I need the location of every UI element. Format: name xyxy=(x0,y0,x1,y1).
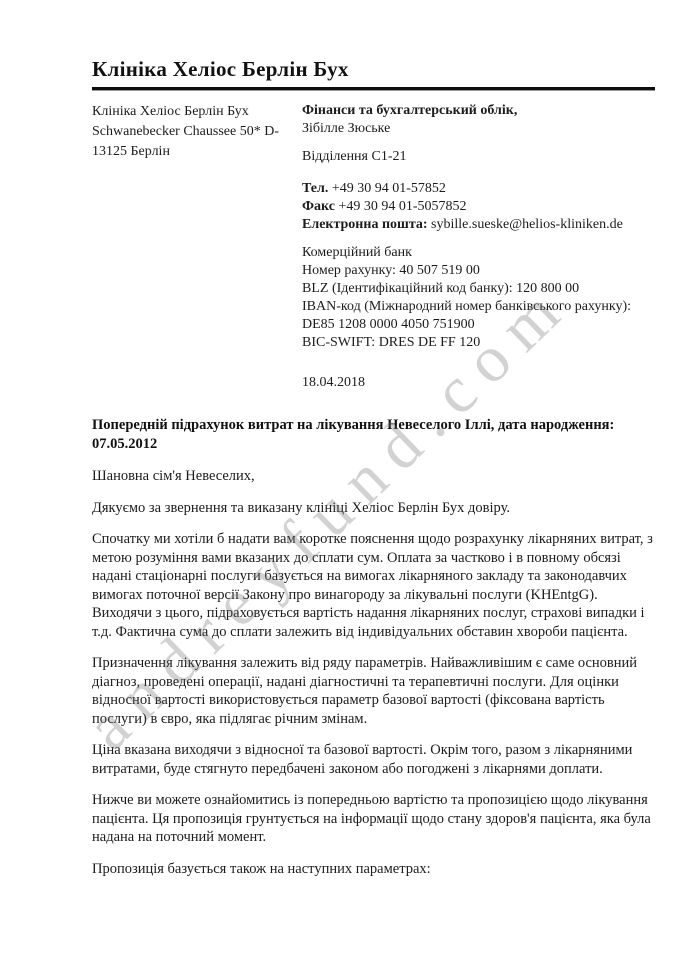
bank-line: DE85 1208 0000 4050 751900 xyxy=(302,316,655,334)
sender-address-line: Клініка Хеліос Берлін Бух xyxy=(92,102,302,122)
body-paragraph: Пропозиція базується також на наступних … xyxy=(92,860,655,879)
contact-block: Тел. +49 30 94 01-57852 Факс +49 30 94 0… xyxy=(302,180,655,234)
email-label: Електронна пошта: xyxy=(302,217,428,232)
body-paragraph: Ціна вказана виходячи з відносної та баз… xyxy=(92,741,655,778)
bank-line: Комерційний банк xyxy=(302,244,655,262)
bank-line: BIC-SWIFT: DRES DE FF 120 xyxy=(302,334,655,352)
letterhead-title: Клініка Хеліос Берлін Бух xyxy=(92,57,655,82)
sender-address-line: Schwanebecker Chaussee 50* D- xyxy=(92,122,302,142)
greeting: Шановна сім'я Невеселих, xyxy=(92,467,655,486)
bank-line: IBAN-код (Міжнародний номер банківського… xyxy=(302,298,655,316)
letterhead: Клініка Хеліос Берлін Бух xyxy=(92,57,655,90)
letter-body: Шановна сім'я Невеселих, Дякуємо за звер… xyxy=(92,467,655,878)
department-info: Фінанси та бухгалтерський облік, Зібілле… xyxy=(302,102,655,392)
subject-line: Попередній підрахунок витрат на лікуванн… xyxy=(92,416,655,454)
fax-value: +49 30 94 01-5057852 xyxy=(338,199,466,214)
body-paragraph: Нижче ви можете ознайомитись із попередн… xyxy=(92,791,655,847)
fax-label: Факс xyxy=(302,199,335,214)
body-paragraph: Дякуємо за звернення та виказану клініці… xyxy=(92,499,655,518)
letter-date: 18.04.2018 xyxy=(302,374,655,392)
bank-line: Номер рахунку: 40 507 519 00 xyxy=(302,262,655,280)
email-value: sybille.sueske@helios-kliniken.de xyxy=(431,217,623,232)
department-title: Фінанси та бухгалтерський облік, xyxy=(302,102,655,120)
phone-label: Тел. xyxy=(302,181,328,196)
phone-value: +49 30 94 01-57852 xyxy=(332,181,446,196)
department-unit: Відділення C1-21 xyxy=(302,148,655,166)
contact-person: Зібілле Зюське xyxy=(302,120,655,138)
sender-address-line: 13125 Берлін xyxy=(92,142,302,162)
phone-line: Тел. +49 30 94 01-57852 xyxy=(302,180,655,198)
body-paragraph: Спочатку ми хотіли б надати вам коротке … xyxy=(92,530,655,641)
letter-document: andreyfund.com Клініка Хеліос Берлін Бух… xyxy=(0,0,680,960)
email-line: Електронна пошта: sybille.sueske@helios-… xyxy=(302,216,655,234)
bank-details: Комерційний банк Номер рахунку: 40 507 5… xyxy=(302,244,655,352)
sender-address: Клініка Хеліос Берлін Бух Schwanebecker … xyxy=(92,102,302,392)
header-columns: Клініка Хеліос Берлін Бух Schwanebecker … xyxy=(92,102,655,392)
fax-line: Факс +49 30 94 01-5057852 xyxy=(302,198,655,216)
bank-line: BLZ (Ідентифікаційний код банку): 120 80… xyxy=(302,280,655,298)
body-paragraph: Призначення лікування залежить від ряду … xyxy=(92,654,655,728)
